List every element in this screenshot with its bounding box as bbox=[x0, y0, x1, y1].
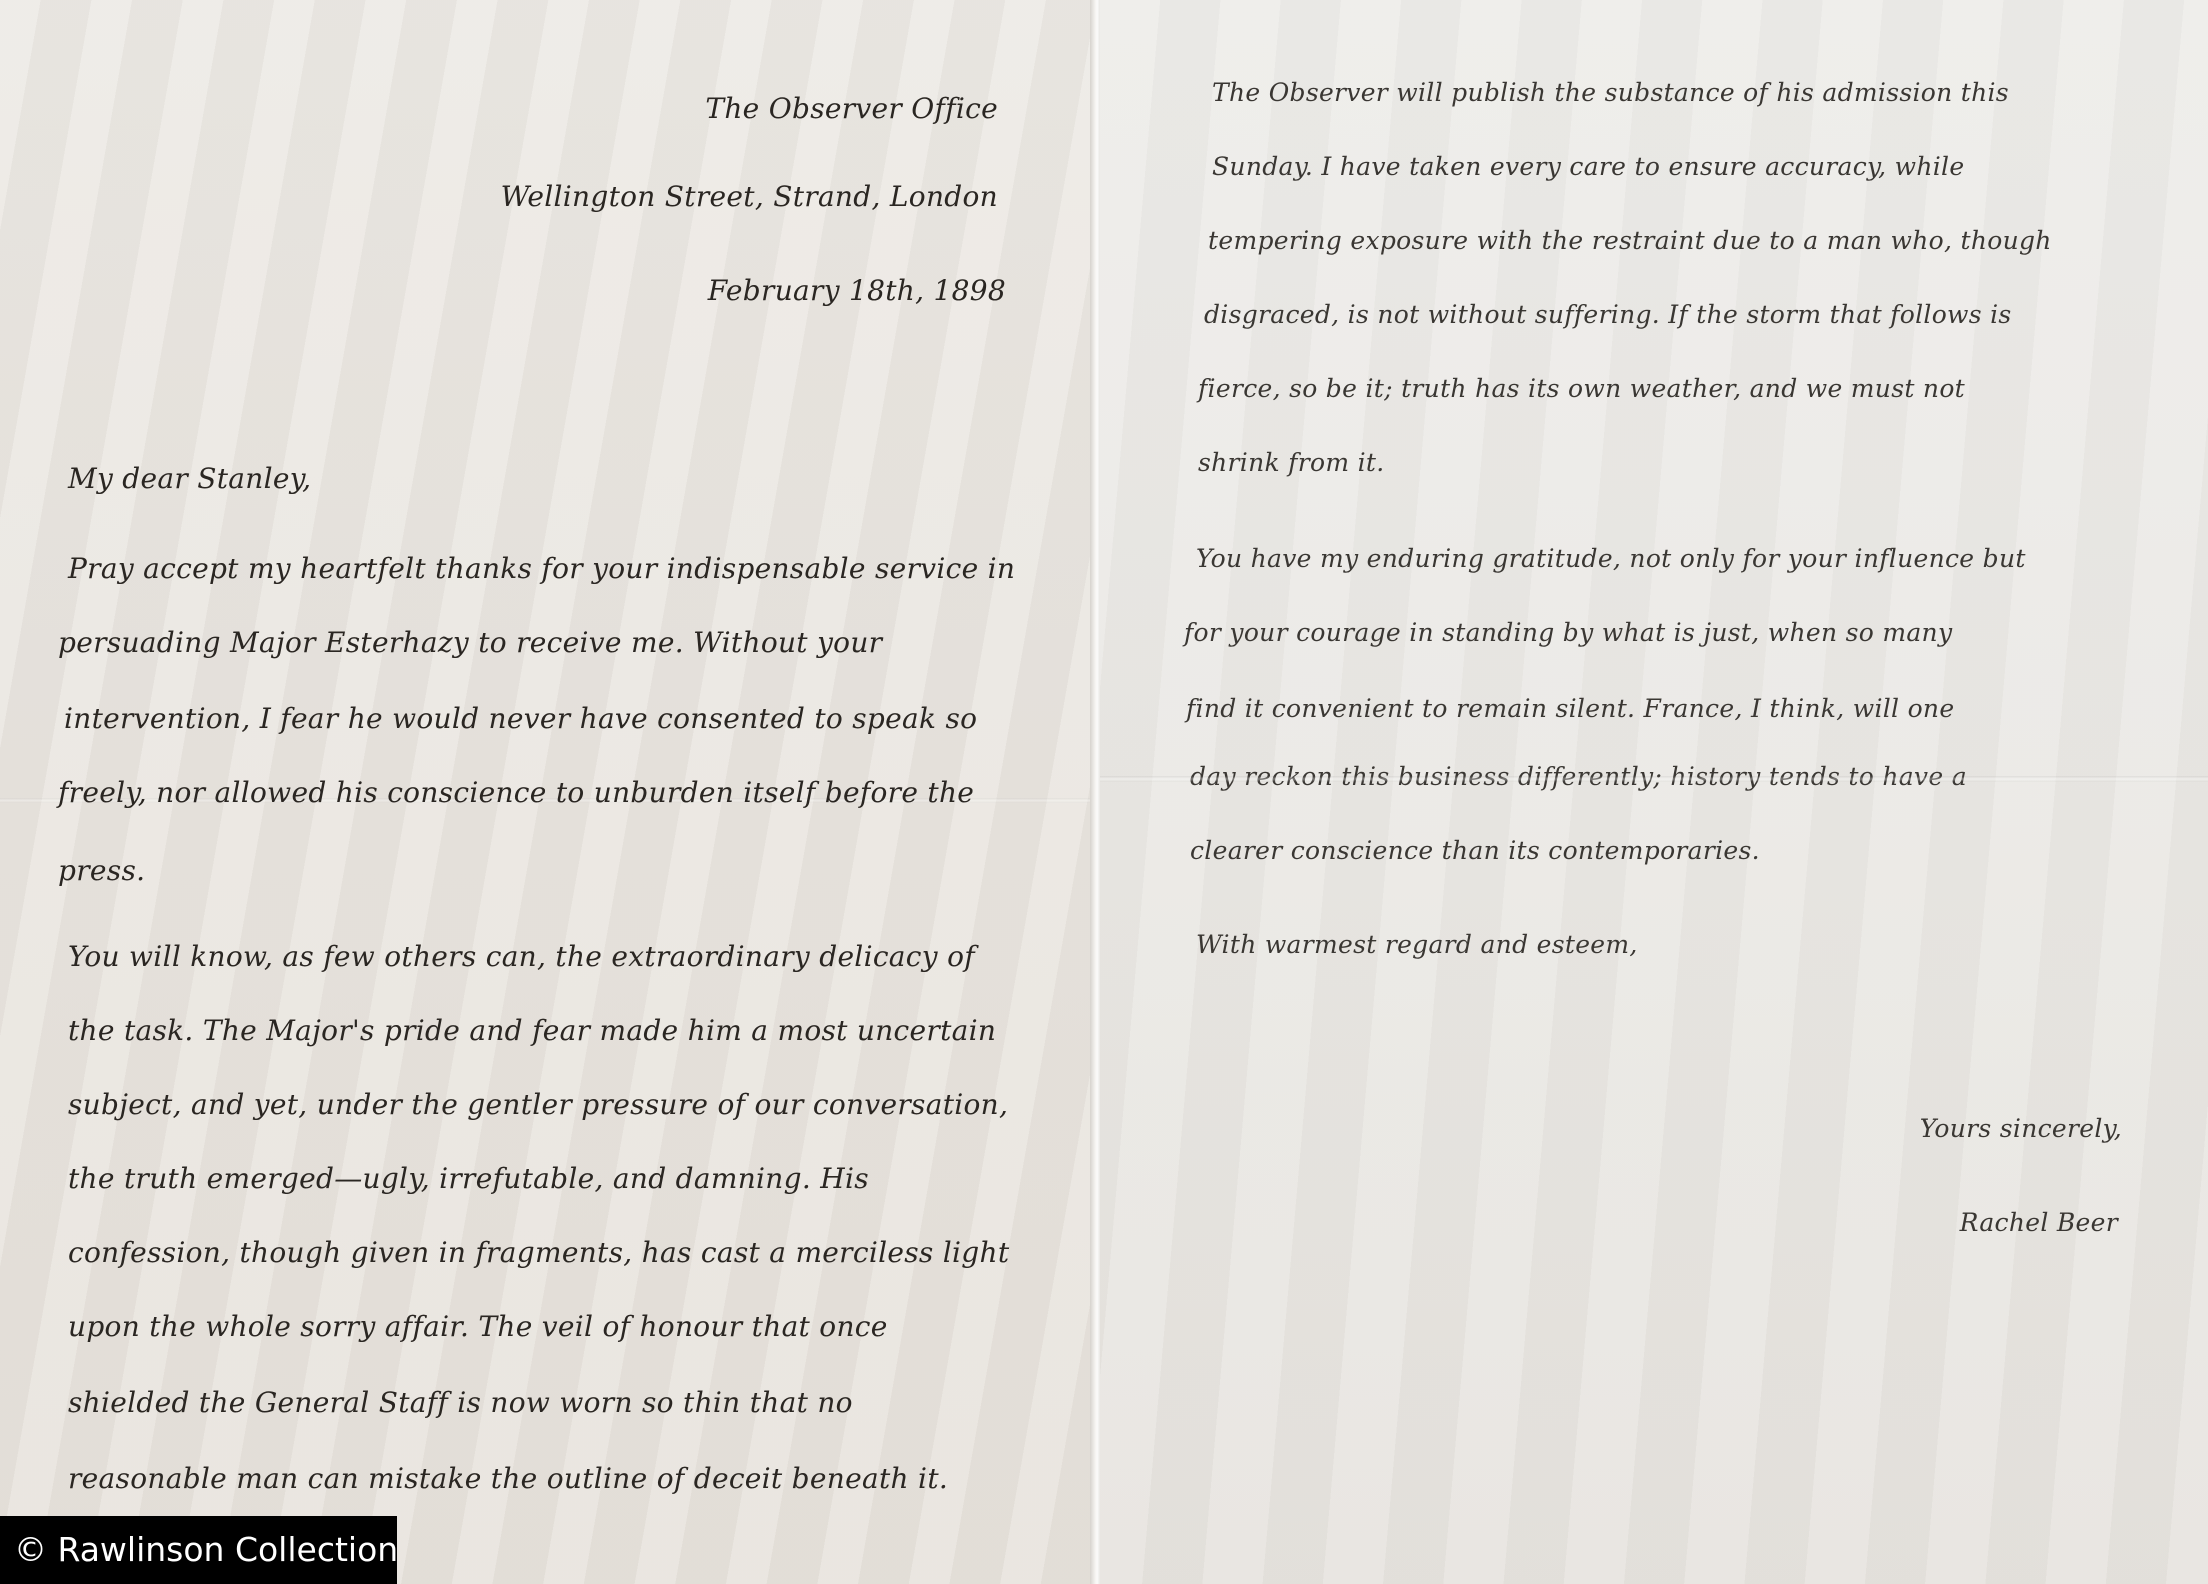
address-line-2: Wellington Street, Strand, London bbox=[501, 180, 998, 213]
body-line: You have my enduring gratitude, not only… bbox=[1196, 544, 2026, 573]
body-line: Sunday. I have taken every care to ensur… bbox=[1212, 152, 1964, 181]
body-line: find it convenient to remain silent. Fra… bbox=[1186, 694, 1954, 723]
body-line: Pray accept my heartfelt thanks for your… bbox=[68, 552, 1015, 585]
body-line: the task. The Major's pride and fear mad… bbox=[68, 1014, 996, 1047]
letter-page-right: The Observer will publish the substance … bbox=[1100, 0, 2208, 1584]
salutation: My dear Stanley, bbox=[68, 462, 311, 495]
body-line: shielded the General Staff is now worn s… bbox=[68, 1386, 853, 1419]
body-line: The Observer will publish the substance … bbox=[1212, 78, 2009, 107]
body-line: intervention, I fear he would never have… bbox=[64, 702, 977, 735]
closing: Yours sincerely, bbox=[1920, 1114, 2122, 1143]
body-line: disgraced, is not without suffering. If … bbox=[1204, 300, 2012, 329]
paper-fold-line bbox=[1100, 776, 2208, 782]
body-line: upon the whole sorry affair. The veil of… bbox=[68, 1310, 888, 1343]
body-line: persuading Major Esterhazy to receive me… bbox=[58, 626, 882, 659]
body-line: fierce, so be it; truth has its own weat… bbox=[1198, 374, 1965, 403]
signature: Rachel Beer bbox=[1960, 1208, 2118, 1237]
body-line: the truth emerged—ugly, irrefutable, and… bbox=[68, 1162, 869, 1195]
body-line: for your courage in standing by what is … bbox=[1184, 618, 1952, 647]
body-line: subject, and yet, under the gentler pres… bbox=[68, 1088, 1008, 1121]
body-line: freely, nor allowed his conscience to un… bbox=[58, 776, 974, 809]
body-line: reasonable man can mistake the outline o… bbox=[68, 1462, 948, 1495]
body-line: You will know, as few others can, the ex… bbox=[68, 940, 975, 973]
complimentary-close-line: With warmest regard and esteem, bbox=[1196, 930, 1638, 959]
body-line: press. bbox=[58, 854, 145, 887]
copyright-watermark: © Rawlinson Collection bbox=[0, 1516, 397, 1584]
letter-page-left: The Observer Office Wellington Street, S… bbox=[0, 0, 1092, 1584]
letter-spread: The Observer Office Wellington Street, S… bbox=[0, 0, 2208, 1584]
body-line: tempering exposure with the restraint du… bbox=[1208, 226, 2052, 255]
body-line: confession, though given in fragments, h… bbox=[68, 1236, 1009, 1269]
body-line: shrink from it. bbox=[1198, 448, 1384, 477]
body-line: clearer conscience than its contemporari… bbox=[1190, 836, 1760, 865]
letter-date: February 18th, 1898 bbox=[708, 274, 1006, 307]
address-line-1: The Observer Office bbox=[705, 92, 998, 125]
